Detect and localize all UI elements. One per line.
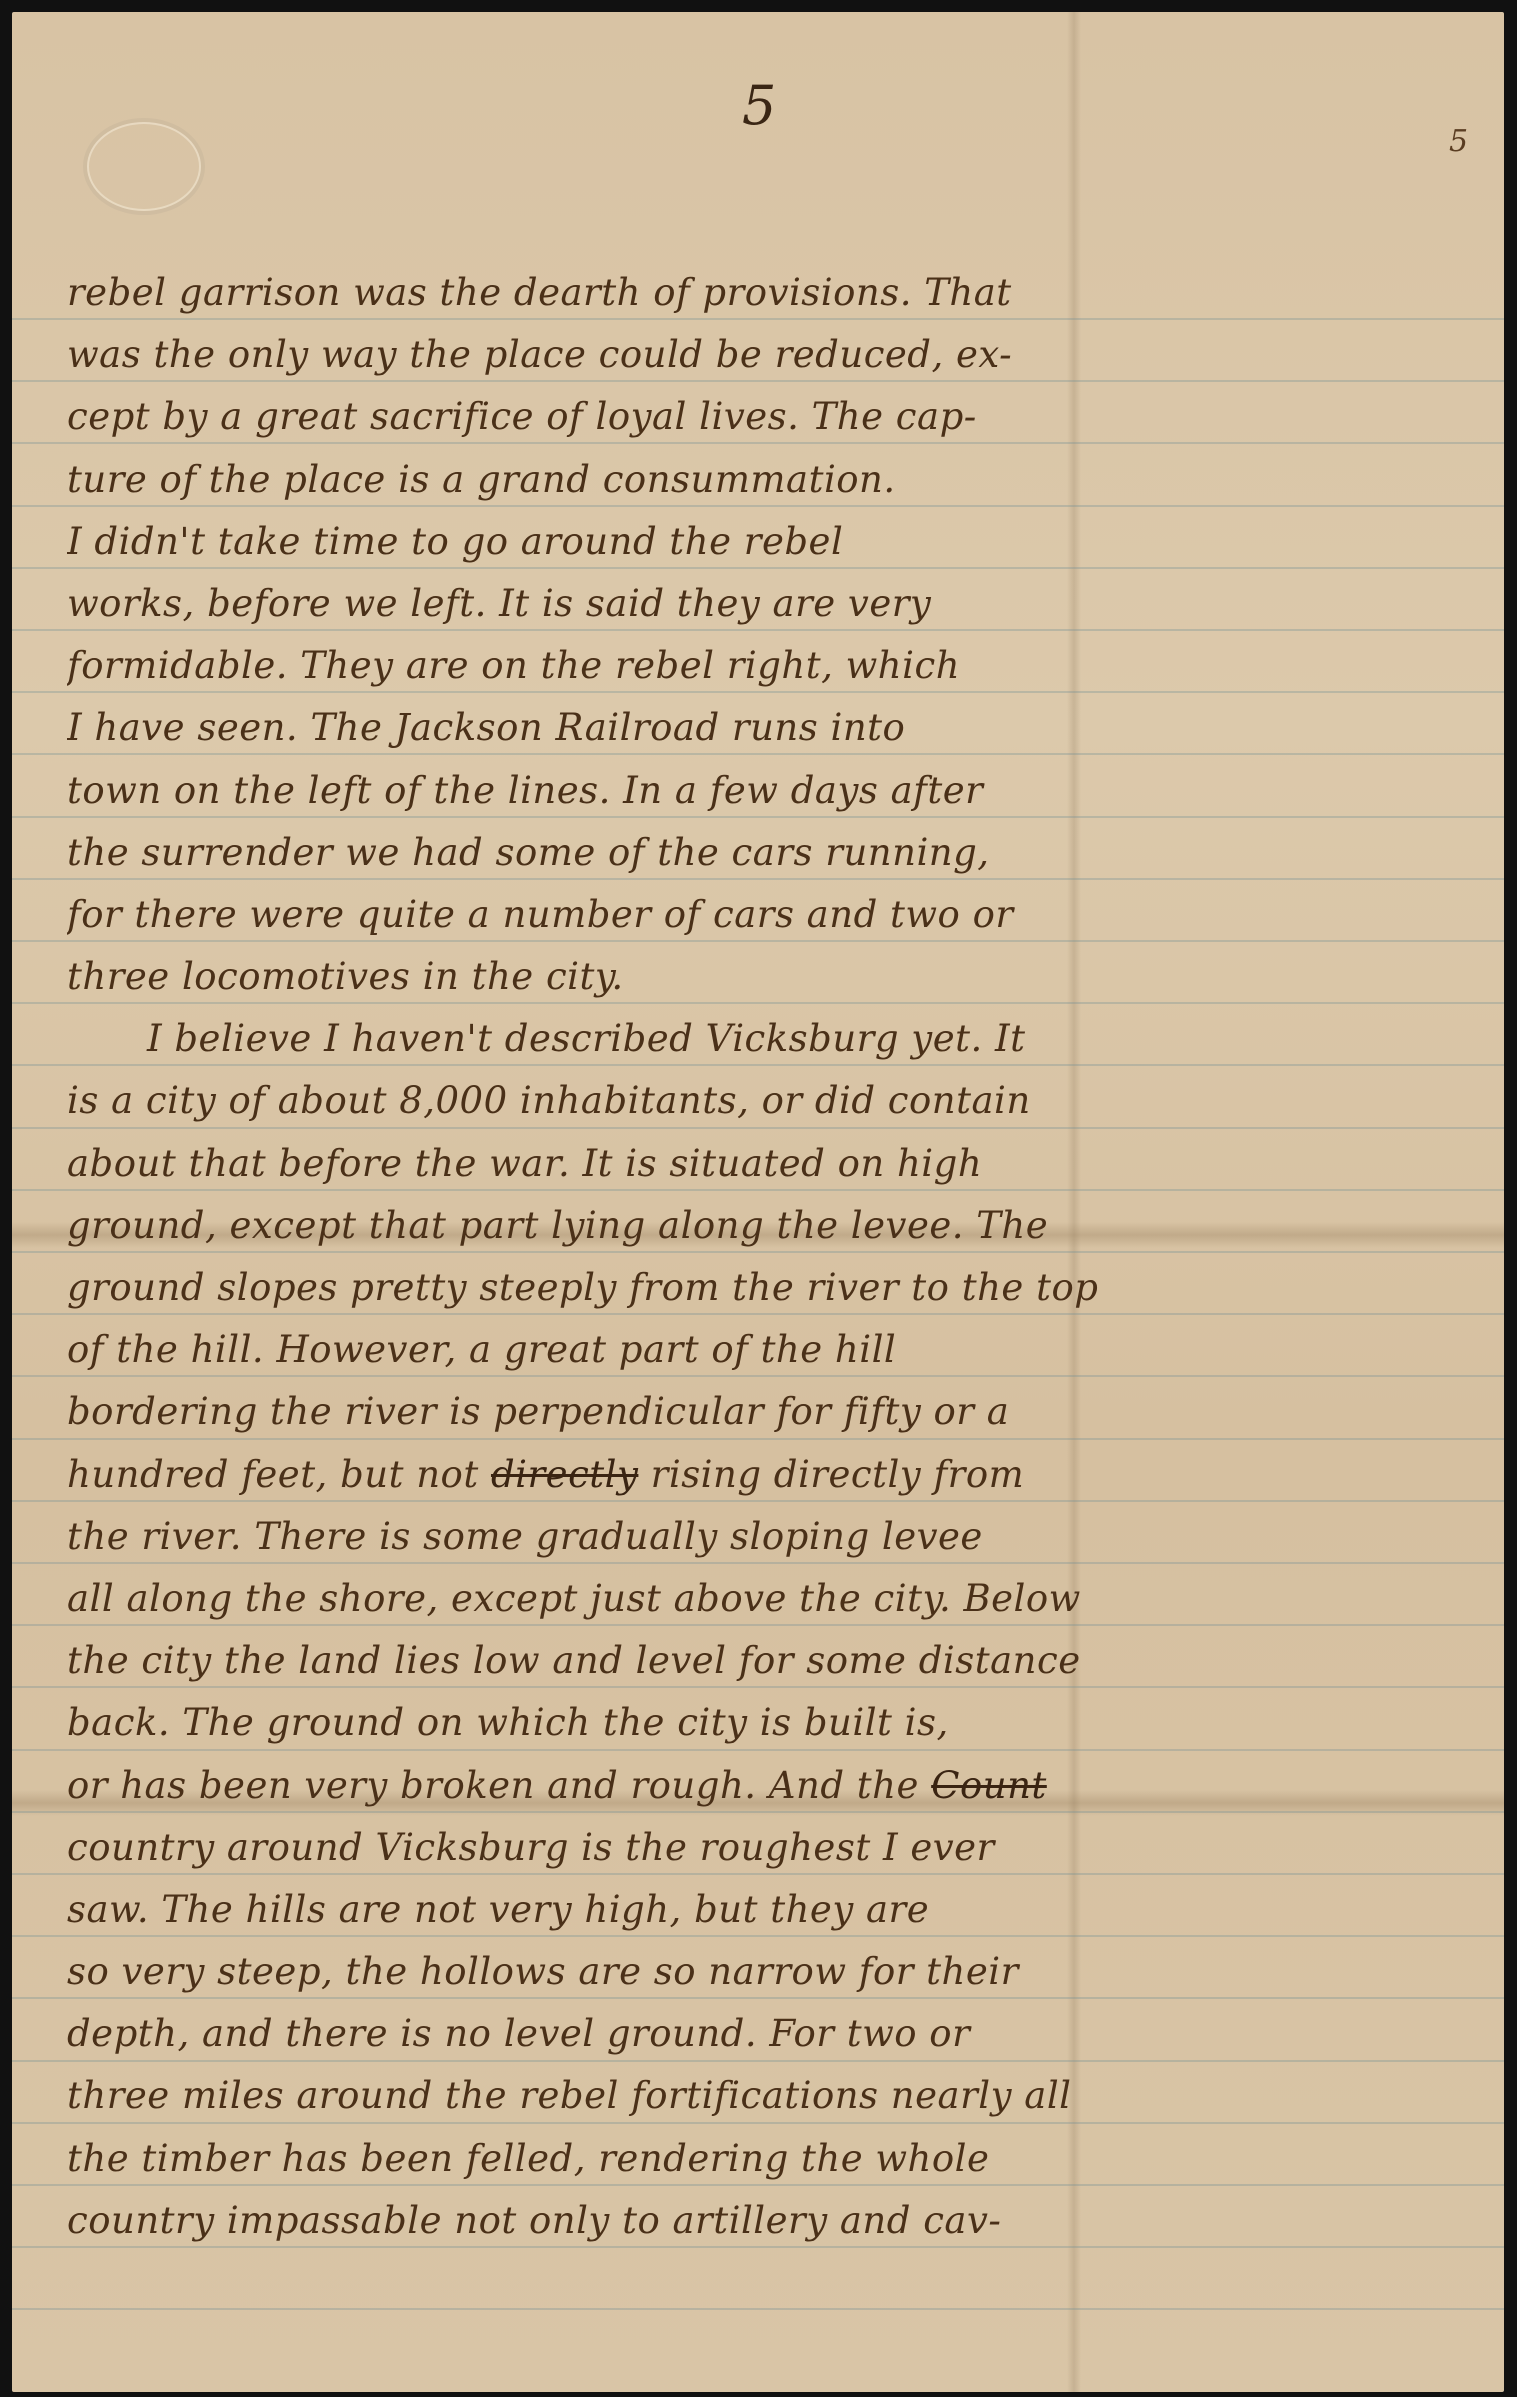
text-line: of the hill. However, a great part of th… (67, 1319, 1497, 1381)
text-line: I didn't take time to go around the rebe… (67, 511, 1497, 573)
text-line: formidable. They are on the rebel right,… (67, 635, 1497, 697)
text-line: the surrender we had some of the cars ru… (67, 822, 1497, 884)
line-text: depth, and there is no level ground. For… (67, 2012, 970, 2055)
line-text: about that before the war. It is situate… (67, 1142, 982, 1185)
text-line: about that before the war. It is situate… (67, 1133, 1497, 1195)
line-text: the river. There is some gradually slopi… (67, 1515, 983, 1558)
text-line: for there were quite a number of cars an… (67, 884, 1497, 946)
text-line: the timber has been felled, rendering th… (67, 2128, 1497, 2190)
text-line: all along the shore, except just above t… (67, 1568, 1497, 1630)
text-line: country impassable not only to artillery… (67, 2190, 1497, 2252)
text-line: saw. The hills are not very high, but th… (67, 1879, 1497, 1941)
text-line: I believe I haven't described Vicksburg … (67, 1008, 1497, 1070)
handwritten-text: rebel garrison was the dearth of provisi… (67, 262, 1497, 2252)
line-text: cept by a great sacrifice of loyal lives… (67, 395, 977, 438)
line-text: bordering the river is perpendicular for… (67, 1390, 1009, 1433)
line-text: I have seen. The Jackson Railroad runs i… (67, 706, 905, 749)
line-text: I believe I haven't described Vicksburg … (147, 1017, 1025, 1060)
line-text: the timber has been felled, rendering th… (67, 2137, 989, 2180)
line-text: the city the land lies low and level for… (67, 1639, 1081, 1682)
line-text: ground, except that part lying along the… (67, 1204, 1048, 1247)
ruled-line (12, 2308, 1504, 2310)
letter-page: 5 5 rebel garrison was the dearth of pro… (12, 12, 1504, 2392)
text-line: ture of the place is a grand consummatio… (67, 449, 1497, 511)
text-line: works, before we left. It is said they a… (67, 573, 1497, 635)
text-line: or has been very broken and rough. And t… (67, 1755, 1497, 1817)
line-text: ground slopes pretty steeply from the ri… (67, 1266, 1098, 1309)
text-line: so very steep, the hollows are so narrow… (67, 1941, 1497, 2003)
line-text: country impassable not only to artillery… (67, 2199, 1001, 2242)
line-text: saw. The hills are not very high, but th… (67, 1888, 929, 1931)
line-text: three miles around the rebel fortificati… (67, 2074, 1072, 2117)
line-text: all along the shore, except just above t… (67, 1577, 1081, 1620)
text-line: I have seen. The Jackson Railroad runs i… (67, 697, 1497, 759)
text-line: the river. There is some gradually slopi… (67, 1506, 1497, 1568)
line-text: for there were quite a number of cars an… (67, 893, 1014, 936)
text-line: three miles around the rebel fortificati… (67, 2065, 1497, 2127)
corner-page-number: 5 (1449, 124, 1468, 159)
text-line: town on the left of the lines. In a few … (67, 760, 1497, 822)
line-text: rebel garrison was the dearth of provisi… (67, 271, 1012, 314)
line-text: country around Vicksburg is the roughest… (67, 1826, 995, 1869)
line-text: formidable. They are on the rebel right,… (67, 644, 960, 687)
text-line: hundred feet, but not directly rising di… (67, 1444, 1497, 1506)
text-line: ground slopes pretty steeply from the ri… (67, 1257, 1497, 1319)
text-line: rebel garrison was the dearth of provisi… (67, 262, 1497, 324)
text-line: ground, except that part lying along the… (67, 1195, 1497, 1257)
line-text: the surrender we had some of the cars ru… (67, 831, 990, 874)
embossed-seal-icon (87, 122, 201, 211)
line-text: hundred feet, but not (67, 1453, 479, 1496)
text-line: country around Vicksburg is the roughest… (67, 1817, 1497, 1879)
line-text: was the only way the place could be redu… (67, 333, 1012, 376)
text-line: depth, and there is no level ground. For… (67, 2003, 1497, 2065)
line-text: is a city of about 8,000 inhabitants, or… (67, 1079, 1031, 1122)
line-text-after: rising directly from (638, 1453, 1024, 1496)
struck-word: directly (491, 1453, 638, 1496)
page-number: 5 (742, 74, 776, 137)
text-line: three locomotives in the city. (67, 946, 1497, 1008)
text-line: cept by a great sacrifice of loyal lives… (67, 386, 1497, 448)
line-text: back. The ground on which the city is bu… (67, 1701, 949, 1744)
line-text: three locomotives in the city. (67, 955, 624, 998)
text-line: the city the land lies low and level for… (67, 1630, 1497, 1692)
line-text: or has been very broken and rough. And t… (67, 1764, 919, 1807)
line-text: I didn't take time to go around the rebe… (67, 520, 843, 563)
struck-word: Count (931, 1764, 1047, 1807)
line-text: of the hill. However, a great part of th… (67, 1328, 896, 1371)
line-text: town on the left of the lines. In a few … (67, 769, 983, 812)
line-text: ture of the place is a grand consummatio… (67, 458, 896, 501)
line-text: so very steep, the hollows are so narrow… (67, 1950, 1019, 1993)
text-line: bordering the river is perpendicular for… (67, 1381, 1497, 1443)
text-line: was the only way the place could be redu… (67, 324, 1497, 386)
text-line: is a city of about 8,000 inhabitants, or… (67, 1070, 1497, 1132)
line-text: works, before we left. It is said they a… (67, 582, 931, 625)
text-line: back. The ground on which the city is bu… (67, 1692, 1497, 1754)
